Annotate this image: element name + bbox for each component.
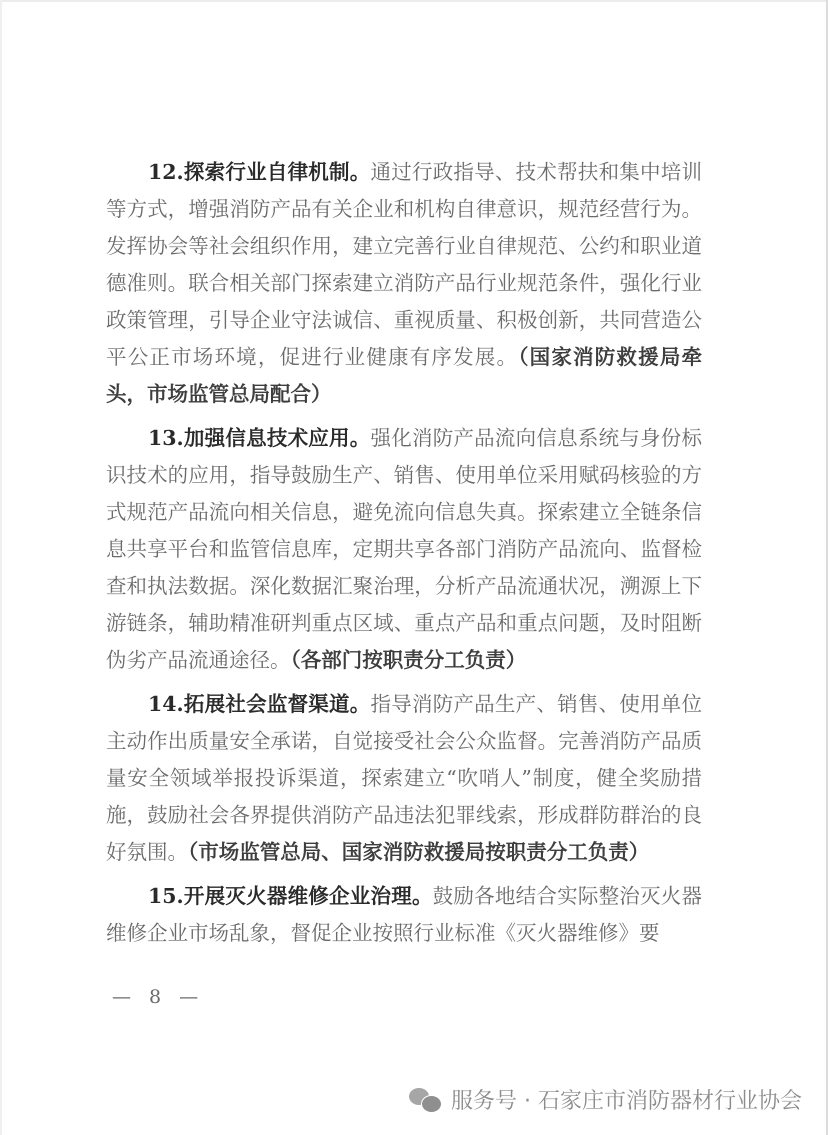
paragraph-heading: 13.加强信息技术应用。 [148,426,371,450]
paragraph-heading: 12.探索行业自律机制。 [148,160,371,184]
paragraph-13: 13.加强信息技术应用。强化消防产品流向信息系统与身份标识技术的应用，指导鼓励生… [106,420,702,679]
page-edge [0,0,2,1135]
paragraph-heading: 14.拓展社会监督渠道。 [148,692,371,716]
wechat-icon [409,1086,443,1114]
responsibility-note: （市场监管总局、国家消防救援局按职责分工负责） [188,840,649,864]
paragraph-text: 指导消防产品生产、销售、使用单位主动作出质量安全承诺，自觉接受社会公众监督。完善… [106,692,702,864]
paragraph-15: 15.开展灭火器维修企业治理。鼓励各地结合实际整治灭火器维修企业市场乱象，督促企… [106,878,702,952]
watermark-text: 服务号 · 石家庄市消防器材行业协会 [451,1084,802,1115]
document-body: 12.探索行业自律机制。通过行政指导、技术帮扶和集中培训等方式，增强消防产品有关… [106,154,702,952]
page-edge [0,0,828,2]
paragraph-text: 通过行政指导、技术帮扶和集中培训等方式，增强消防产品有关企业和机构自律意识，规范… [106,160,702,369]
page-number: — 8 — [112,986,204,1008]
paragraph-heading: 15.开展灭火器维修企业治理。 [148,884,433,908]
paragraph-12: 12.探索行业自律机制。通过行政指导、技术帮扶和集中培训等方式，增强消防产品有关… [106,154,702,413]
paragraph-text: 强化消防产品流向信息系统与身份标识技术的应用，指导鼓励生产、销售、使用单位采用赋… [106,426,702,672]
watermark: 服务号 · 石家庄市消防器材行业协会 [409,1084,802,1115]
paragraph-14: 14.拓展社会监督渠道。指导消防产品生产、销售、使用单位主动作出质量安全承诺，自… [106,686,702,871]
responsibility-note: （各部门按职责分工负责） [291,648,527,672]
